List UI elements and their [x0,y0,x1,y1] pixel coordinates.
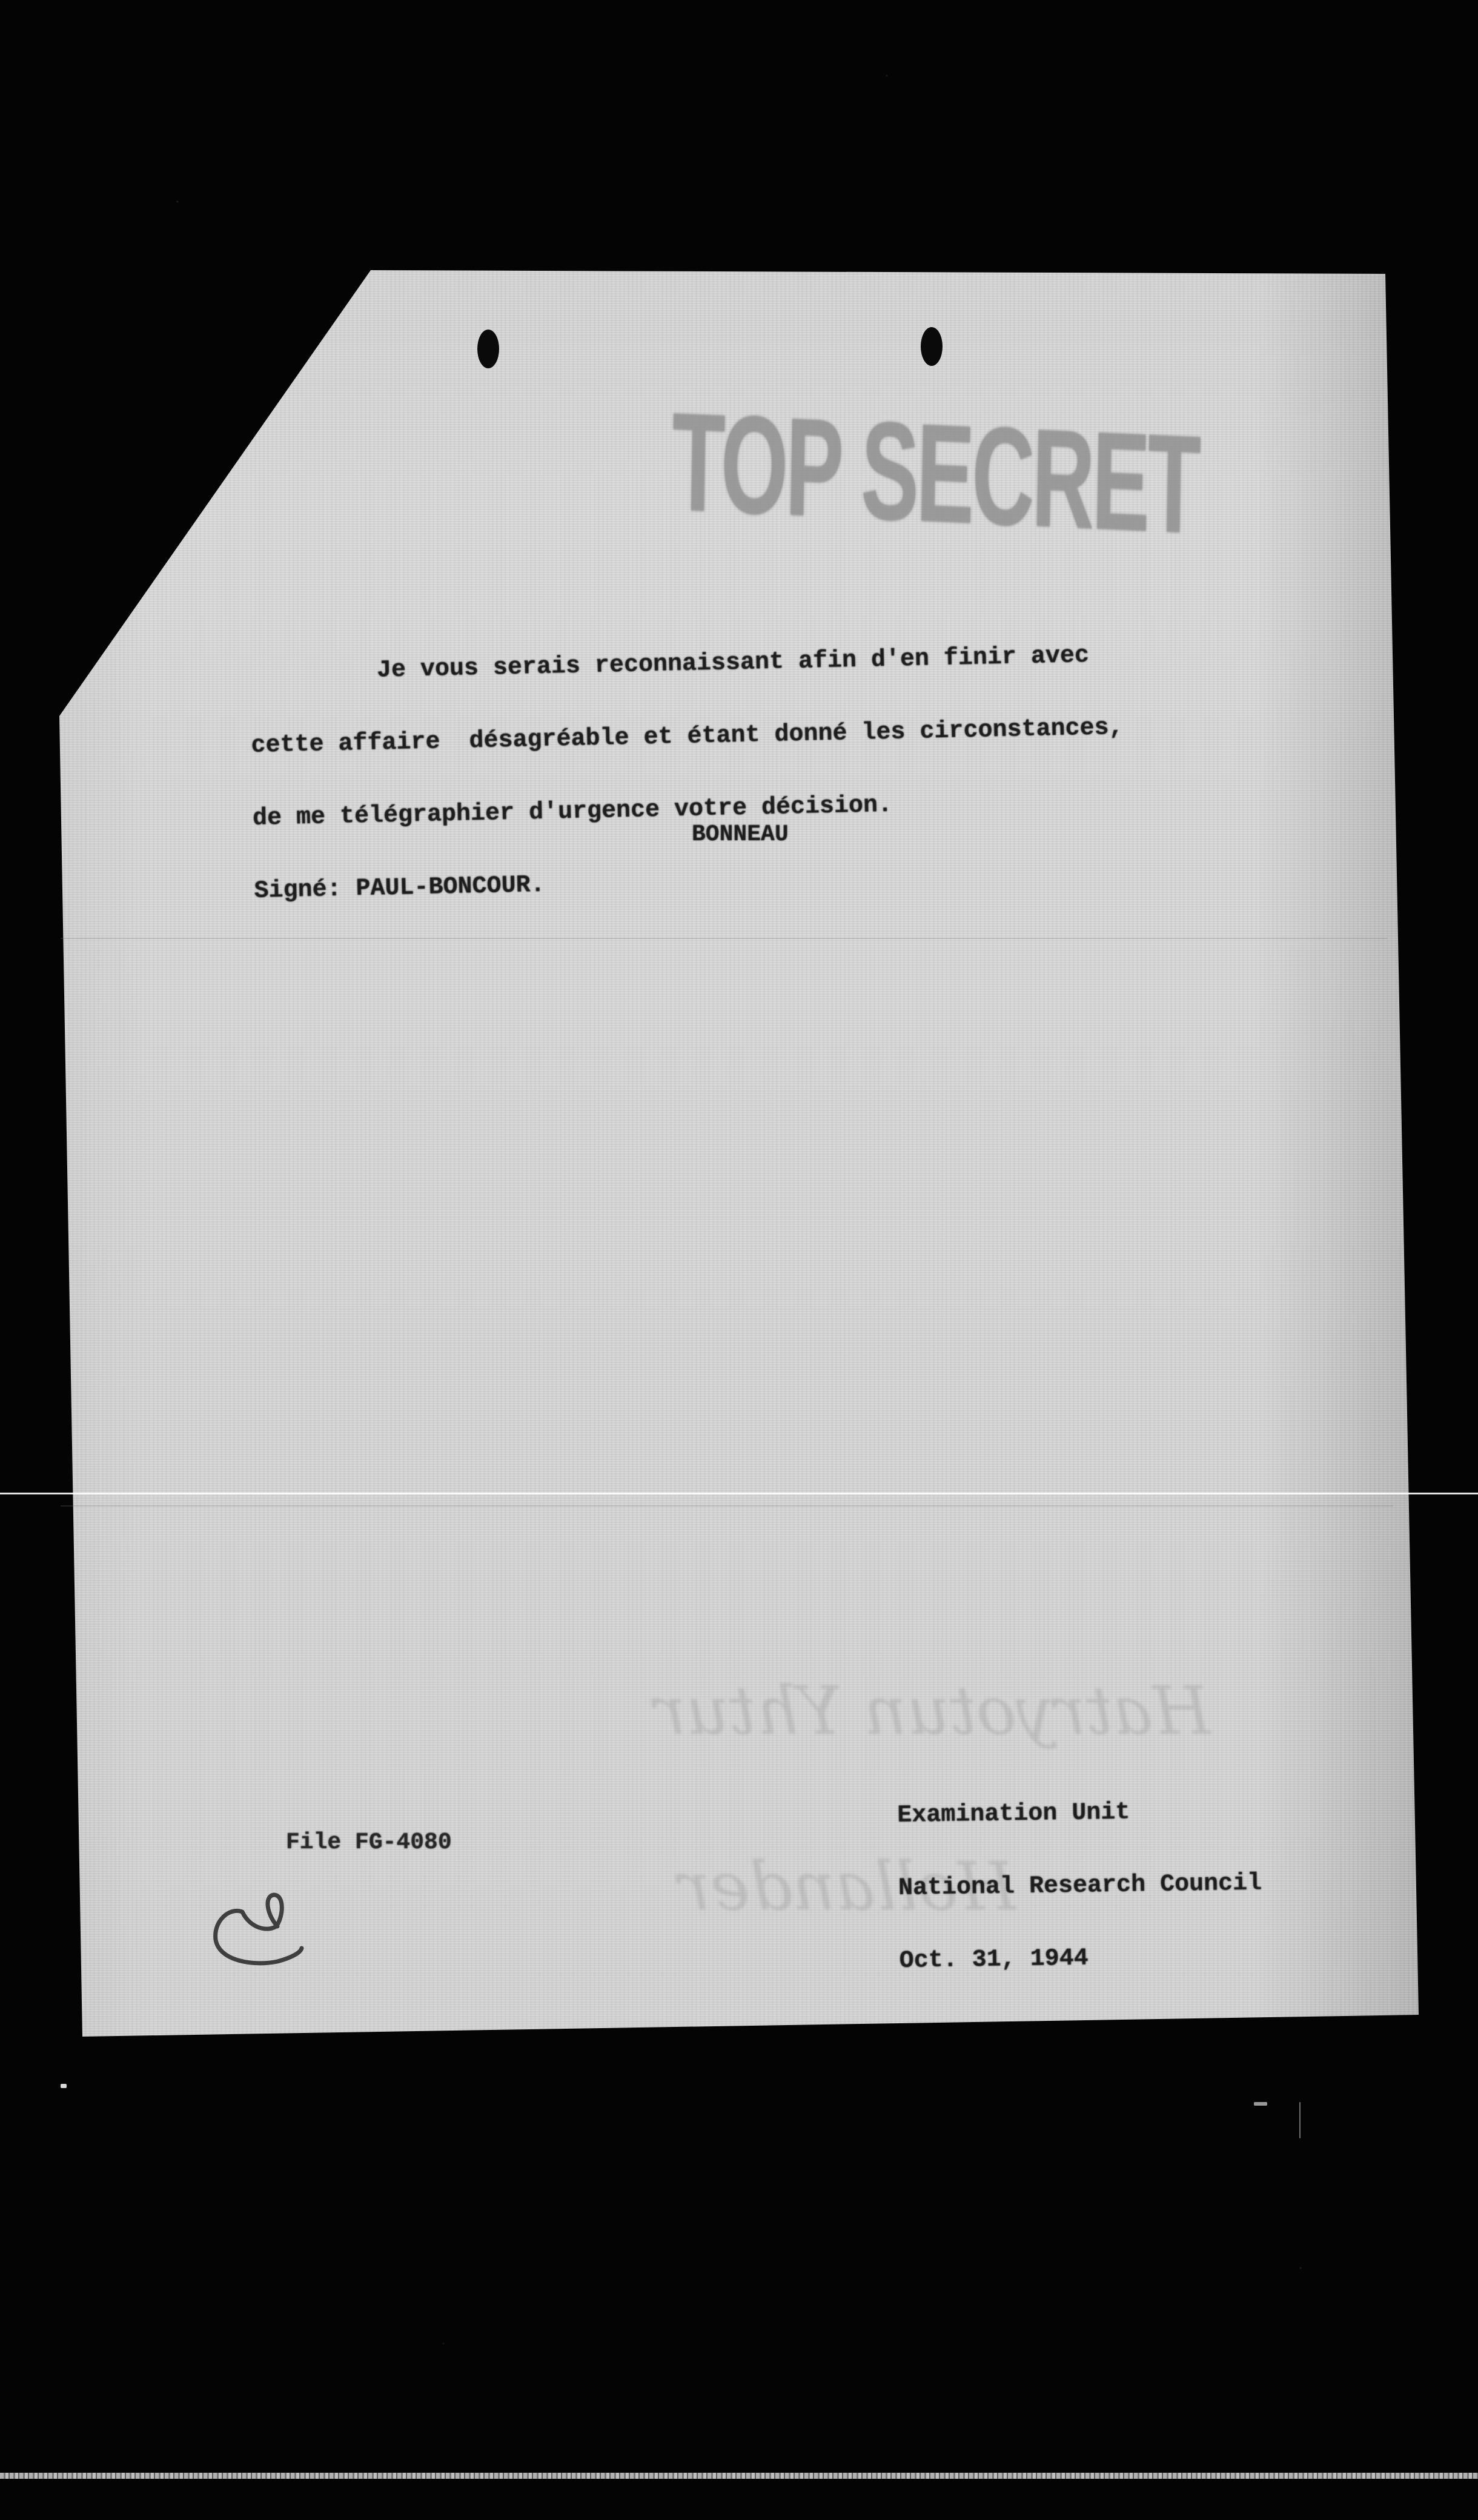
scan-line-artifact [0,1493,1478,1494]
film-speck [61,2084,67,2088]
punch-hole-icon [921,327,943,366]
bleed-through-handwriting: Hatryotun Yhtur [654,1672,1211,1749]
body-line: de me télégraphier d'urgence votre décis… [253,789,1125,831]
film-edge-strip [0,2473,1478,2479]
punch-hole-icon [477,330,499,368]
film-speck [1254,2102,1267,2106]
signature-line: Signé: PAUL-BONCOUR. [254,861,1127,904]
top-secret-stamp: TOP SECRET [671,371,1064,570]
origin-organization: National Research Council [898,1872,1262,1901]
handwritten-c-mark-icon [206,1890,315,1975]
body-line: Je vous serais reconnaissant afin d'en f… [250,643,1122,686]
origin-date: Oct. 31, 1944 [899,1945,1263,1974]
body-line: cette affaire désagréable et étant donné… [251,716,1124,758]
film-scratch [1299,2102,1301,2138]
sender-name: BONNEAU [692,823,789,847]
scan-line-artifact [61,938,1387,939]
origin-block: Examination Unit National Research Counc… [896,1751,1264,1998]
file-reference: File FG-4080 [286,1831,452,1855]
origin-unit: Examination Unit [897,1799,1261,1828]
scan-line-artifact [61,1505,1393,1507]
message-body: Je vous serais reconnaissant afin d'en f… [248,595,1127,928]
